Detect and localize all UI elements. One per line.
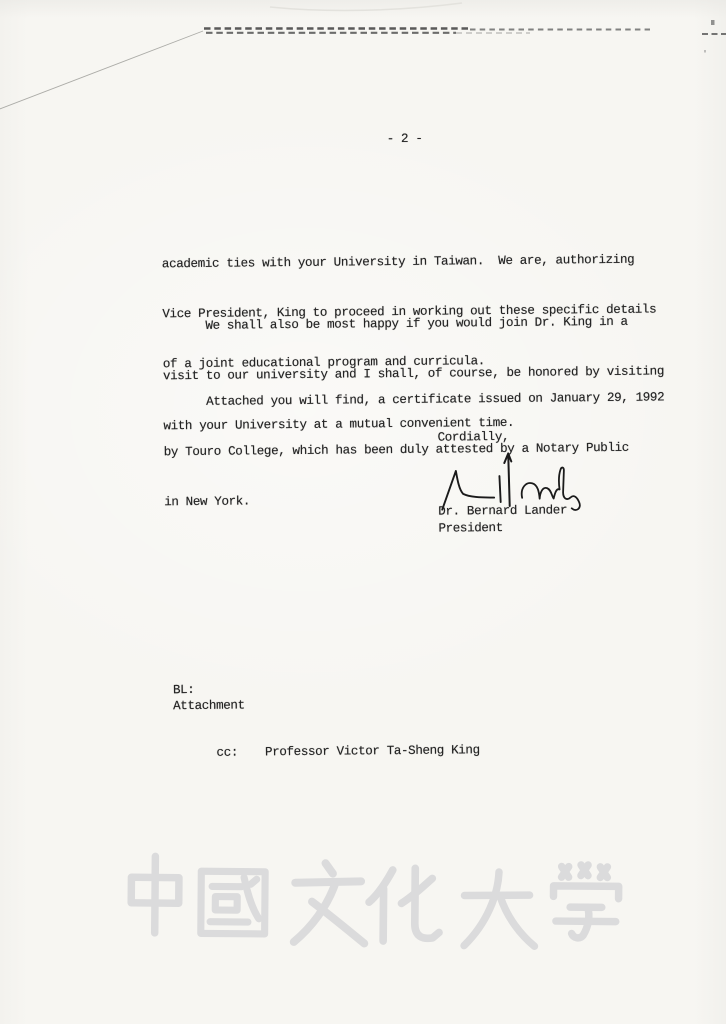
watermark-char-da	[453, 863, 542, 952]
watermark-chinese-culture-university	[0, 0, 726, 1024]
watermark-char-guo	[191, 859, 276, 944]
watermark-char-zhong	[111, 850, 200, 939]
watermark-char-hua	[361, 858, 452, 949]
watermark-char-xue	[542, 858, 631, 947]
scanned-letter-page: - 2 - academic ties with your University…	[0, 0, 726, 1024]
